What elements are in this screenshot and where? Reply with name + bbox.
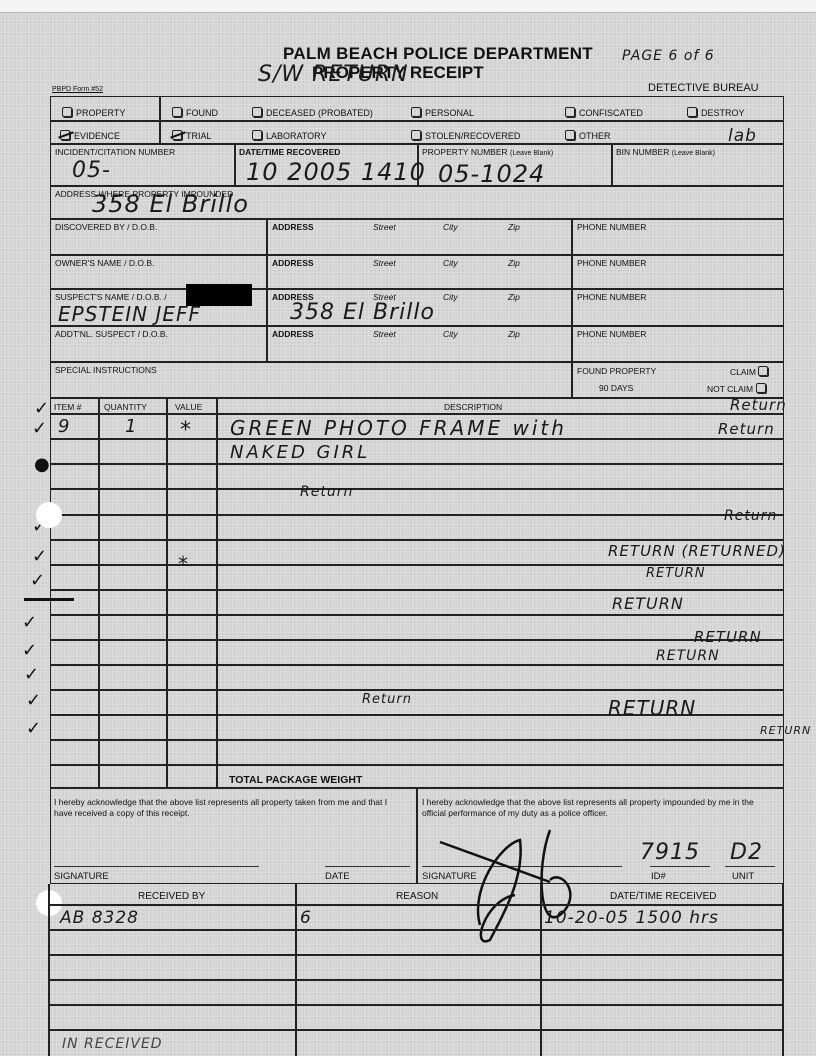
category-evidence[interactable]: EVIDENCE [60, 130, 120, 141]
discovered-by-label: DISCOVERED BY / D.O.B. [55, 222, 157, 232]
incident-number-label: INCIDENT/CITATION NUMBER [55, 147, 175, 157]
found-property-label: FOUND PROPERTY [577, 366, 656, 376]
category-property[interactable]: PROPERTY [62, 107, 125, 118]
phone-label: PHONE NUMBER [577, 222, 646, 232]
divider [166, 397, 168, 788]
street-label: Street [373, 222, 396, 232]
checkbox-icon [62, 107, 72, 117]
received-by-header: RECEIVED BY [138, 891, 205, 902]
footer-handwritten-note: IN RECEIVED [62, 1036, 163, 1052]
bureau-label: DETECTIVE BUREAU [648, 82, 759, 94]
divider [50, 639, 784, 641]
owner-acknowledgement-text: I hereby acknowledge that the above list… [54, 797, 394, 819]
officer-id-label: ID# [651, 871, 666, 882]
address-label: ADDRESS [272, 329, 314, 339]
item-note: Return [718, 420, 775, 438]
item-note: RETURN [646, 566, 705, 581]
divider [50, 764, 784, 766]
phone-label: PHONE NUMBER [577, 292, 646, 302]
divider [50, 614, 784, 616]
suspect-name-label: SUSPECT'S NAME / D.O.B. / [55, 292, 167, 302]
checkbox-icon [252, 107, 262, 117]
checkbox-icon [565, 107, 575, 117]
checkbox-icon [411, 107, 421, 117]
checkbox-icon [756, 383, 766, 393]
item-number[interactable]: 9 [58, 416, 70, 437]
property-receipt-page: PALM BEACH POLICE DEPARTMENT PROPERTY RE… [0, 0, 816, 1056]
divider [98, 397, 100, 788]
item-description[interactable]: Return [300, 484, 353, 500]
checkbox-icon [565, 130, 575, 140]
column-header-description: DESCRIPTION [444, 402, 502, 412]
divider [50, 254, 784, 256]
handwritten-note: Return [730, 396, 787, 414]
column-header-item: ITEM # [54, 402, 81, 412]
divider [50, 689, 784, 691]
suspect-address-value[interactable]: 358 El Brillo [290, 300, 435, 325]
owner-signature-label[interactable]: SIGNATURE [54, 871, 109, 882]
checkmark-icon: ✓ [34, 398, 49, 419]
phone-label: PHONE NUMBER [577, 329, 646, 339]
reason-value[interactable]: 6 [300, 908, 312, 928]
special-instructions-label: SPECIAL INSTRUCTIONS [55, 365, 157, 375]
divider [48, 929, 784, 931]
date-line [325, 866, 410, 867]
scan-edge [0, 0, 816, 13]
officer-acknowledgement-text: I hereby acknowledge that the above list… [422, 797, 777, 819]
category-personal[interactable]: PERSONAL [411, 107, 474, 118]
zip-label: Zip [508, 329, 520, 339]
signature-line [54, 866, 259, 867]
checkbox-icon [172, 107, 182, 117]
item-value[interactable]: * [180, 418, 192, 443]
address-label: ADDRESS [272, 258, 314, 268]
received-by-value[interactable]: AB 8328 [60, 908, 139, 928]
checked-checkbox-icon [60, 130, 70, 140]
checkmark-icon: ✓ [26, 718, 41, 739]
city-label: City [443, 258, 458, 268]
divider [48, 954, 784, 956]
divider [611, 143, 613, 185]
datetime-received-value[interactable]: 10-20-05 1500 hrs [544, 908, 719, 928]
city-label: City [443, 292, 458, 302]
punch-hole [36, 502, 62, 528]
checkbox-icon [687, 107, 697, 117]
category-stolen-recovered[interactable]: STOLEN/RECOVERED [411, 130, 520, 141]
officer-signature-scribble [430, 820, 590, 950]
found-days-label: 90 DAYS [599, 383, 633, 393]
item-note: RETURN [608, 696, 696, 720]
item-note: RETURN [656, 648, 720, 664]
divider [50, 488, 784, 490]
checkmark-icon: ✓ [32, 418, 47, 439]
category-destroy[interactable]: DESTROY [687, 107, 745, 118]
item-note: RETURN [612, 594, 684, 613]
category-other[interactable]: OTHER [565, 130, 611, 141]
property-number-value[interactable]: 05-1024 [438, 160, 545, 188]
not-claim-option[interactable]: NOT CLAIM [707, 383, 770, 394]
zip-label: Zip [508, 292, 520, 302]
handwritten-page-number: PAGE 6 of 6 [622, 48, 715, 64]
divider [48, 1029, 784, 1031]
divider [50, 361, 784, 363]
divider [48, 1004, 784, 1006]
item-value[interactable]: * [178, 552, 189, 576]
additional-suspect-label: ADDT'NL. SUSPECT / D.O.B. [55, 329, 168, 339]
checkbox-icon [411, 130, 421, 140]
id-line [650, 866, 710, 867]
divider [416, 788, 418, 884]
item-note: RETURN [760, 724, 811, 737]
officer-unit-label: UNIT [732, 871, 754, 882]
street-label: Street [373, 329, 396, 339]
other-handwritten-value: lab [728, 126, 757, 146]
total-package-weight-label: TOTAL PACKAGE WEIGHT [229, 774, 362, 786]
divider [48, 904, 784, 906]
address-impounded-value[interactable]: 358 El Brillo [92, 190, 249, 218]
checkbox-icon [252, 130, 262, 140]
owner-name-label: OWNER'S NAME / D.O.B. [55, 258, 154, 268]
item-note: RETURN [694, 628, 762, 646]
divider [50, 514, 784, 516]
checkmark-icon: ✓ [22, 640, 37, 661]
divider [50, 664, 784, 666]
item-description[interactable]: GREEN PHOTO FRAME with [230, 416, 567, 440]
bin-number-label: BIN NUMBER (Leave Blank) [616, 147, 715, 157]
department-title: PALM BEACH POLICE DEPARTMENT [283, 44, 593, 64]
checkmark-icon: ✓ [30, 570, 45, 591]
zip-label: Zip [508, 258, 520, 268]
street-label: Street [373, 258, 396, 268]
phone-label: PHONE NUMBER [577, 258, 646, 268]
divider [571, 218, 573, 397]
form-number: PBPD Form #52 [52, 86, 103, 93]
column-header-quantity: QUANTITY [104, 402, 147, 412]
checkmark-icon: ✓ [32, 546, 47, 567]
owner-date-label[interactable]: DATE [325, 871, 350, 882]
divider [50, 589, 784, 591]
divider [50, 539, 784, 541]
officer-id-value[interactable]: 7915 [640, 840, 700, 865]
handwritten-sw-return: S/W RETURN [258, 62, 409, 87]
item-quantity[interactable]: 1 [125, 416, 137, 437]
column-header-value: VALUE [175, 402, 202, 412]
datetime-recovered-value[interactable]: 10 2005 1410 [246, 158, 426, 186]
category-deceased[interactable]: DECEASED (Probated) [252, 107, 373, 118]
property-number-label: PROPERTY NUMBER (Leave Blank) [422, 147, 553, 157]
divider [159, 96, 161, 143]
incident-number-value[interactable]: 05- [72, 158, 111, 183]
category-trial[interactable]: TRIAL [172, 130, 212, 141]
divider [50, 397, 784, 399]
divider [50, 288, 784, 290]
datetime-received-header: DATE/TIME RECEIVED [610, 891, 717, 902]
bin-number-field[interactable] [616, 162, 776, 182]
unit-line [725, 866, 775, 867]
margin-mark [24, 598, 74, 601]
divider [216, 397, 218, 788]
divider [266, 218, 268, 361]
item-description[interactable]: Return [362, 692, 412, 707]
divider [50, 463, 784, 465]
checkmark-icon: ✓ [26, 690, 41, 711]
category-found[interactable]: FOUND [172, 107, 218, 118]
checkbox-icon [758, 366, 768, 376]
claim-option[interactable]: CLAIM [730, 366, 772, 377]
category-laboratory[interactable]: LABORATORY [252, 130, 327, 141]
suspect-name-value[interactable]: EPSTEIN JEFF [58, 302, 201, 326]
category-confiscated[interactable]: CONFISCATED [565, 107, 643, 118]
checkmark-icon: ● [34, 454, 50, 475]
checkmark-icon: ✓ [22, 612, 37, 633]
datetime-recovered-label: DATE/TIME RECOVERED [239, 147, 340, 157]
item-description[interactable]: NAKED GIRL [230, 442, 370, 463]
zip-label: Zip [508, 222, 520, 232]
officer-unit-value[interactable]: D2 [730, 840, 763, 865]
checkmark-icon: ✓ [24, 664, 39, 685]
divider [50, 413, 784, 415]
city-label: City [443, 222, 458, 232]
city-label: City [443, 329, 458, 339]
address-label: ADDRESS [272, 222, 314, 232]
divider [50, 218, 784, 220]
checked-checkbox-icon [172, 130, 182, 140]
item-note: Return [724, 508, 777, 524]
divider [234, 143, 236, 185]
reason-header: REASON [396, 891, 438, 902]
item-note: RETURN (RETURNED) [608, 542, 786, 560]
divider [48, 979, 784, 981]
divider [50, 739, 784, 741]
